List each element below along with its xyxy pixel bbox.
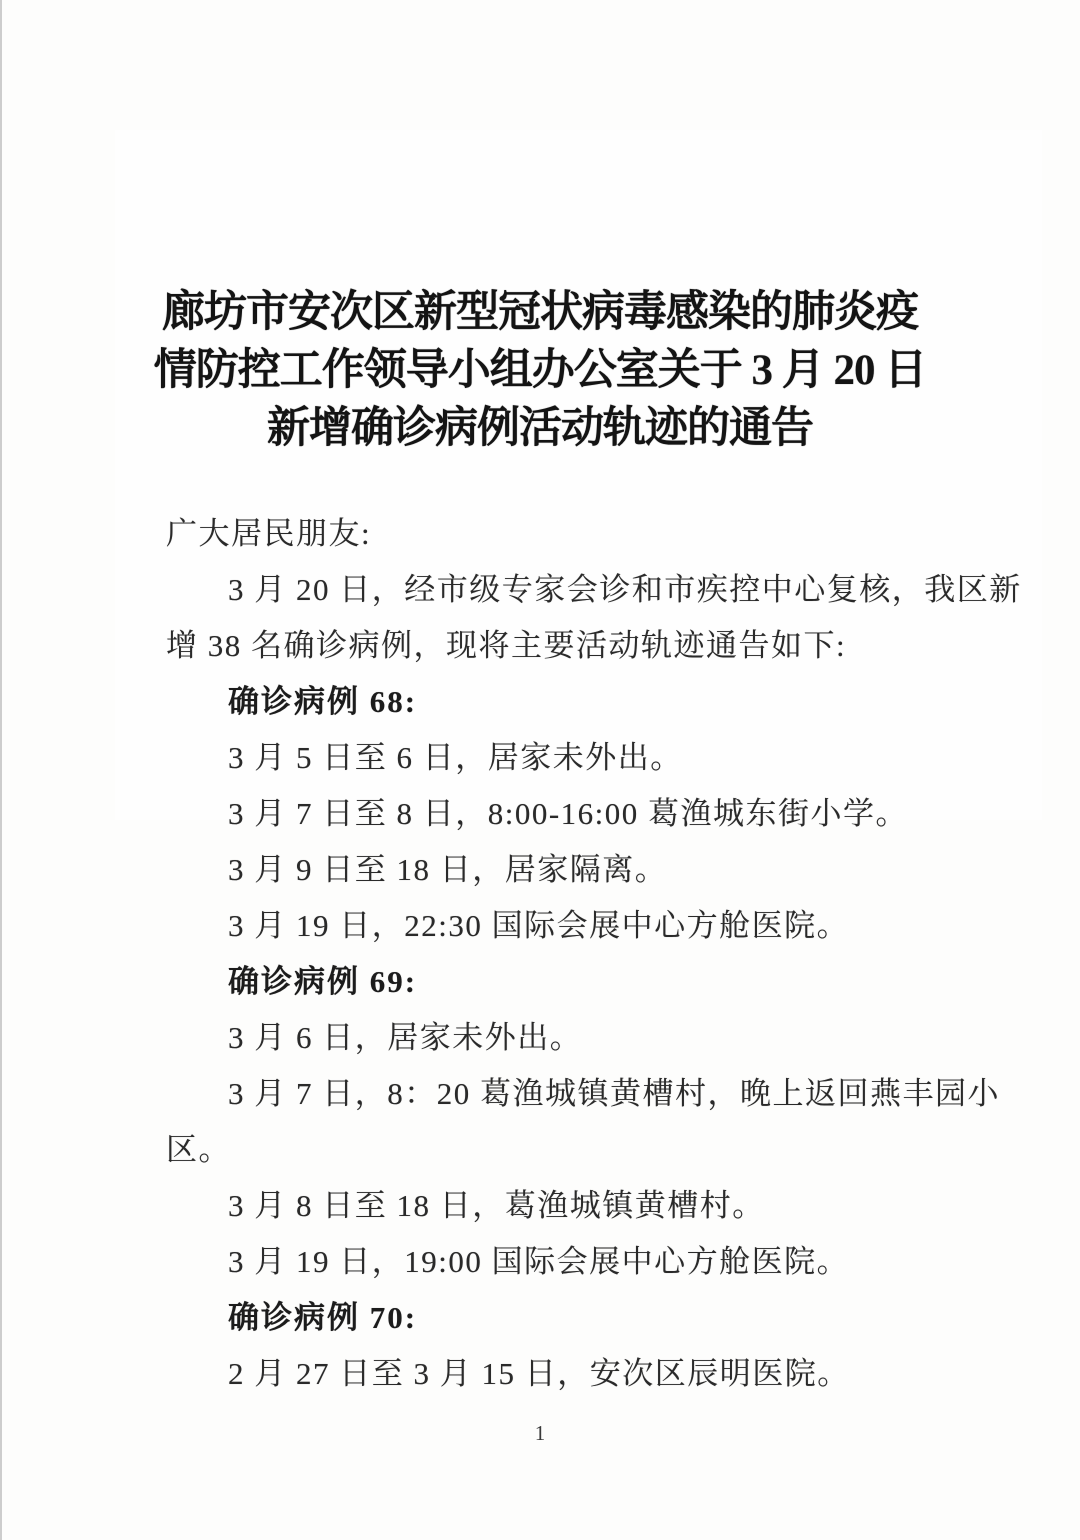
page-number: 1 [0,1421,1080,1446]
notice-title-line: 情防控工作领导小组办公室关于 3 月 20 日 [60,342,1020,400]
body-line: 3 月 6 日，居家未外出。 [166,1010,956,1066]
body-line: 3 月 20 日，经市级专家会诊和市疾控中心复核，我区新 [166,562,956,618]
notice-title-line: 新增确诊病例活动轨迹的通告 [60,400,1020,458]
body-line: 3 月 5 日至 6 日，居家未外出。 [166,730,956,786]
body-line: 2 月 27 日至 3 月 15 日，安次区辰明医院。 [166,1346,956,1402]
notice-title-line: 廊坊市安次区新型冠状病毒感染的肺炎疫 [60,284,1020,342]
body-line: 3 月 19 日，22:30 国际会展中心方舱医院。 [166,898,956,954]
body-line: 3 月 9 日至 18 日，居家隔离。 [166,842,956,898]
body-line: 广大居民朋友: [166,506,956,562]
body-line: 3 月 19 日，19:00 国际会展中心方舱医院。 [166,1234,956,1290]
body-line: 区。 [166,1122,956,1178]
body-line: 3 月 7 日至 8 日，8:00-16:00 葛渔城东街小学。 [166,786,956,842]
body-line: 3 月 8 日至 18 日，葛渔城镇黄槽村。 [166,1178,956,1234]
case-heading: 确诊病例 70: [166,1290,956,1346]
body-line: 增 38 名确诊病例，现将主要活动轨迹通告如下: [166,618,956,674]
body-line: 3 月 7 日，8：20 葛渔城镇黄槽村，晚上返回燕丰园小 [166,1066,956,1122]
notice-body: 广大居民朋友:3 月 20 日，经市级专家会诊和市疾控中心复核，我区新增 38 … [166,506,956,1402]
case-heading: 确诊病例 69: [166,954,956,1010]
scanned-notice-page: 廊坊市安次区新型冠状病毒感染的肺炎疫 情防控工作领导小组办公室关于 3 月 20… [0,0,1080,1540]
notice-title: 廊坊市安次区新型冠状病毒感染的肺炎疫 情防控工作领导小组办公室关于 3 月 20… [60,284,1020,458]
scan-edge [0,0,2,1540]
case-heading: 确诊病例 68: [166,674,956,730]
